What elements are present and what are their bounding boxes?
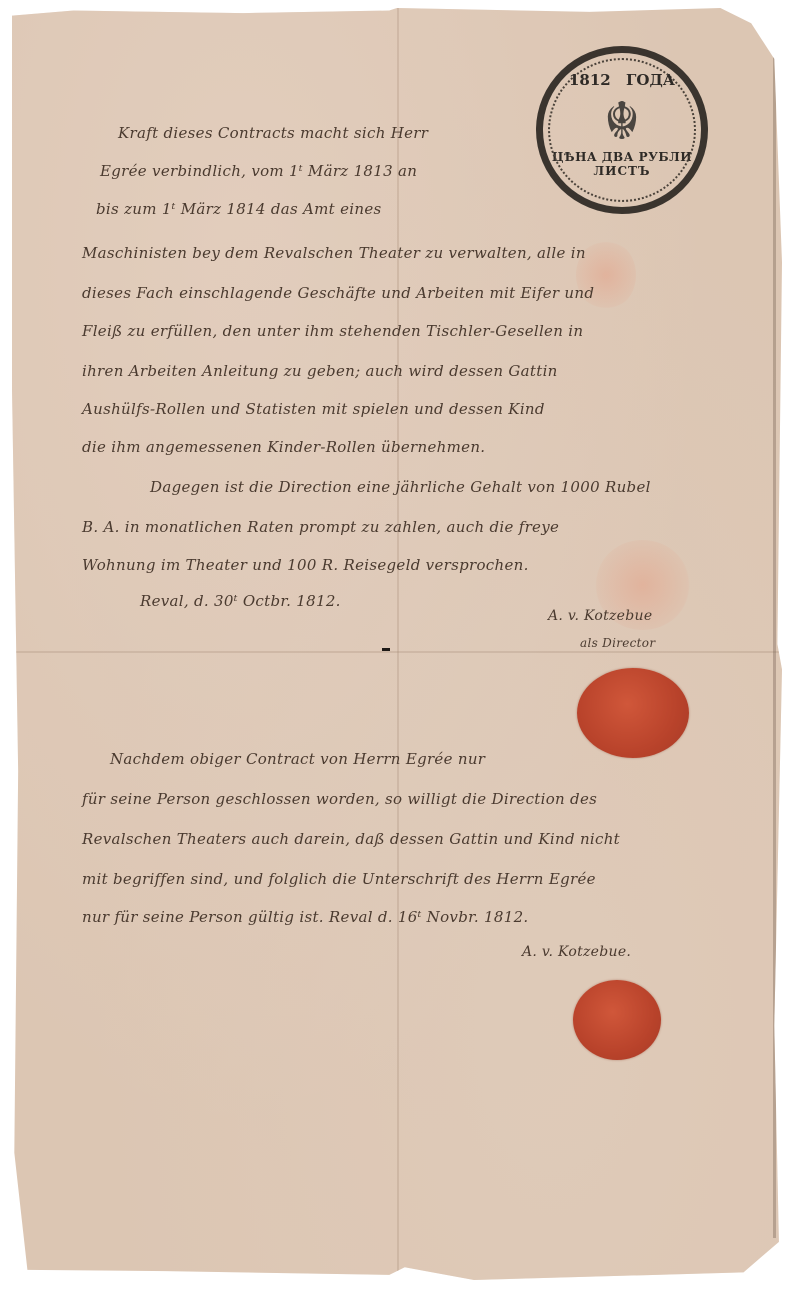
contract-line: Wohnung im Theater und 100 R. Reisegeld … [82, 556, 529, 574]
contract-line: dieses Fach einschlagende Geschäfte und … [82, 284, 594, 302]
tax-stamp: 1812 ГОДА ☬ ЦѢНА ДВА РУБЛИ ЛИСТЪ [536, 46, 708, 214]
addendum-line: für seine Person geschlossen worden, so … [82, 790, 597, 808]
contract-line: B. A. in monatlichen Raten prompt zu zah… [82, 518, 559, 536]
contract-line: Maschinisten bey dem Revalschen Theater … [82, 244, 586, 262]
contract-line: bis zum 1ᵗ März 1814 das Amt eines [96, 200, 382, 218]
contract-line: Kraft dieses Contracts macht sich Herr [118, 124, 428, 142]
contract-line: Dagegen ist die Direction eine jährliche… [150, 478, 651, 496]
addendum-signature: A. v. Kotzebue. [522, 944, 631, 960]
ink-mark [382, 648, 390, 651]
contract-line: Fleiß zu erfüllen, den unter ihm stehend… [82, 322, 583, 340]
wax-seal [577, 668, 689, 758]
stamp-year: 1812 [569, 71, 611, 89]
contract-signature-role: als Director [580, 636, 655, 650]
addendum-line: Revalschen Theaters auch darein, daß des… [82, 830, 620, 848]
wax-seal [573, 980, 661, 1060]
contract-line: ihren Arbeiten Anleitung zu geben; auch … [82, 362, 558, 380]
contract-line: Aushülfs-Rollen und Statisten mit spiele… [82, 400, 545, 418]
stamp-year-row: 1812 ГОДА [543, 71, 701, 89]
contract-line: die ihm angemessenen Kinder-Rollen übern… [82, 438, 485, 456]
addendum-line: mit begriffen sind, und folglich die Unt… [82, 870, 596, 888]
vertical-fold-line [397, 8, 399, 1280]
addendum-line: Nachdem obiger Contract von Herrn Egrée … [110, 750, 485, 768]
stamp-year-word: ГОДА [626, 71, 675, 89]
addendum-line: nur für seine Person gültig ist. Reval d… [82, 908, 529, 926]
contract-line: Egrée verbindlich, vom 1ᵗ März 1813 an [100, 162, 417, 180]
paper-edge-shadow [773, 38, 776, 1238]
horizontal-fold-line [12, 651, 782, 653]
contract-date-place: Reval, d. 30ᵗ Octbr. 1812. [140, 592, 341, 610]
contract-signature: A. v. Kotzebue [548, 608, 652, 624]
